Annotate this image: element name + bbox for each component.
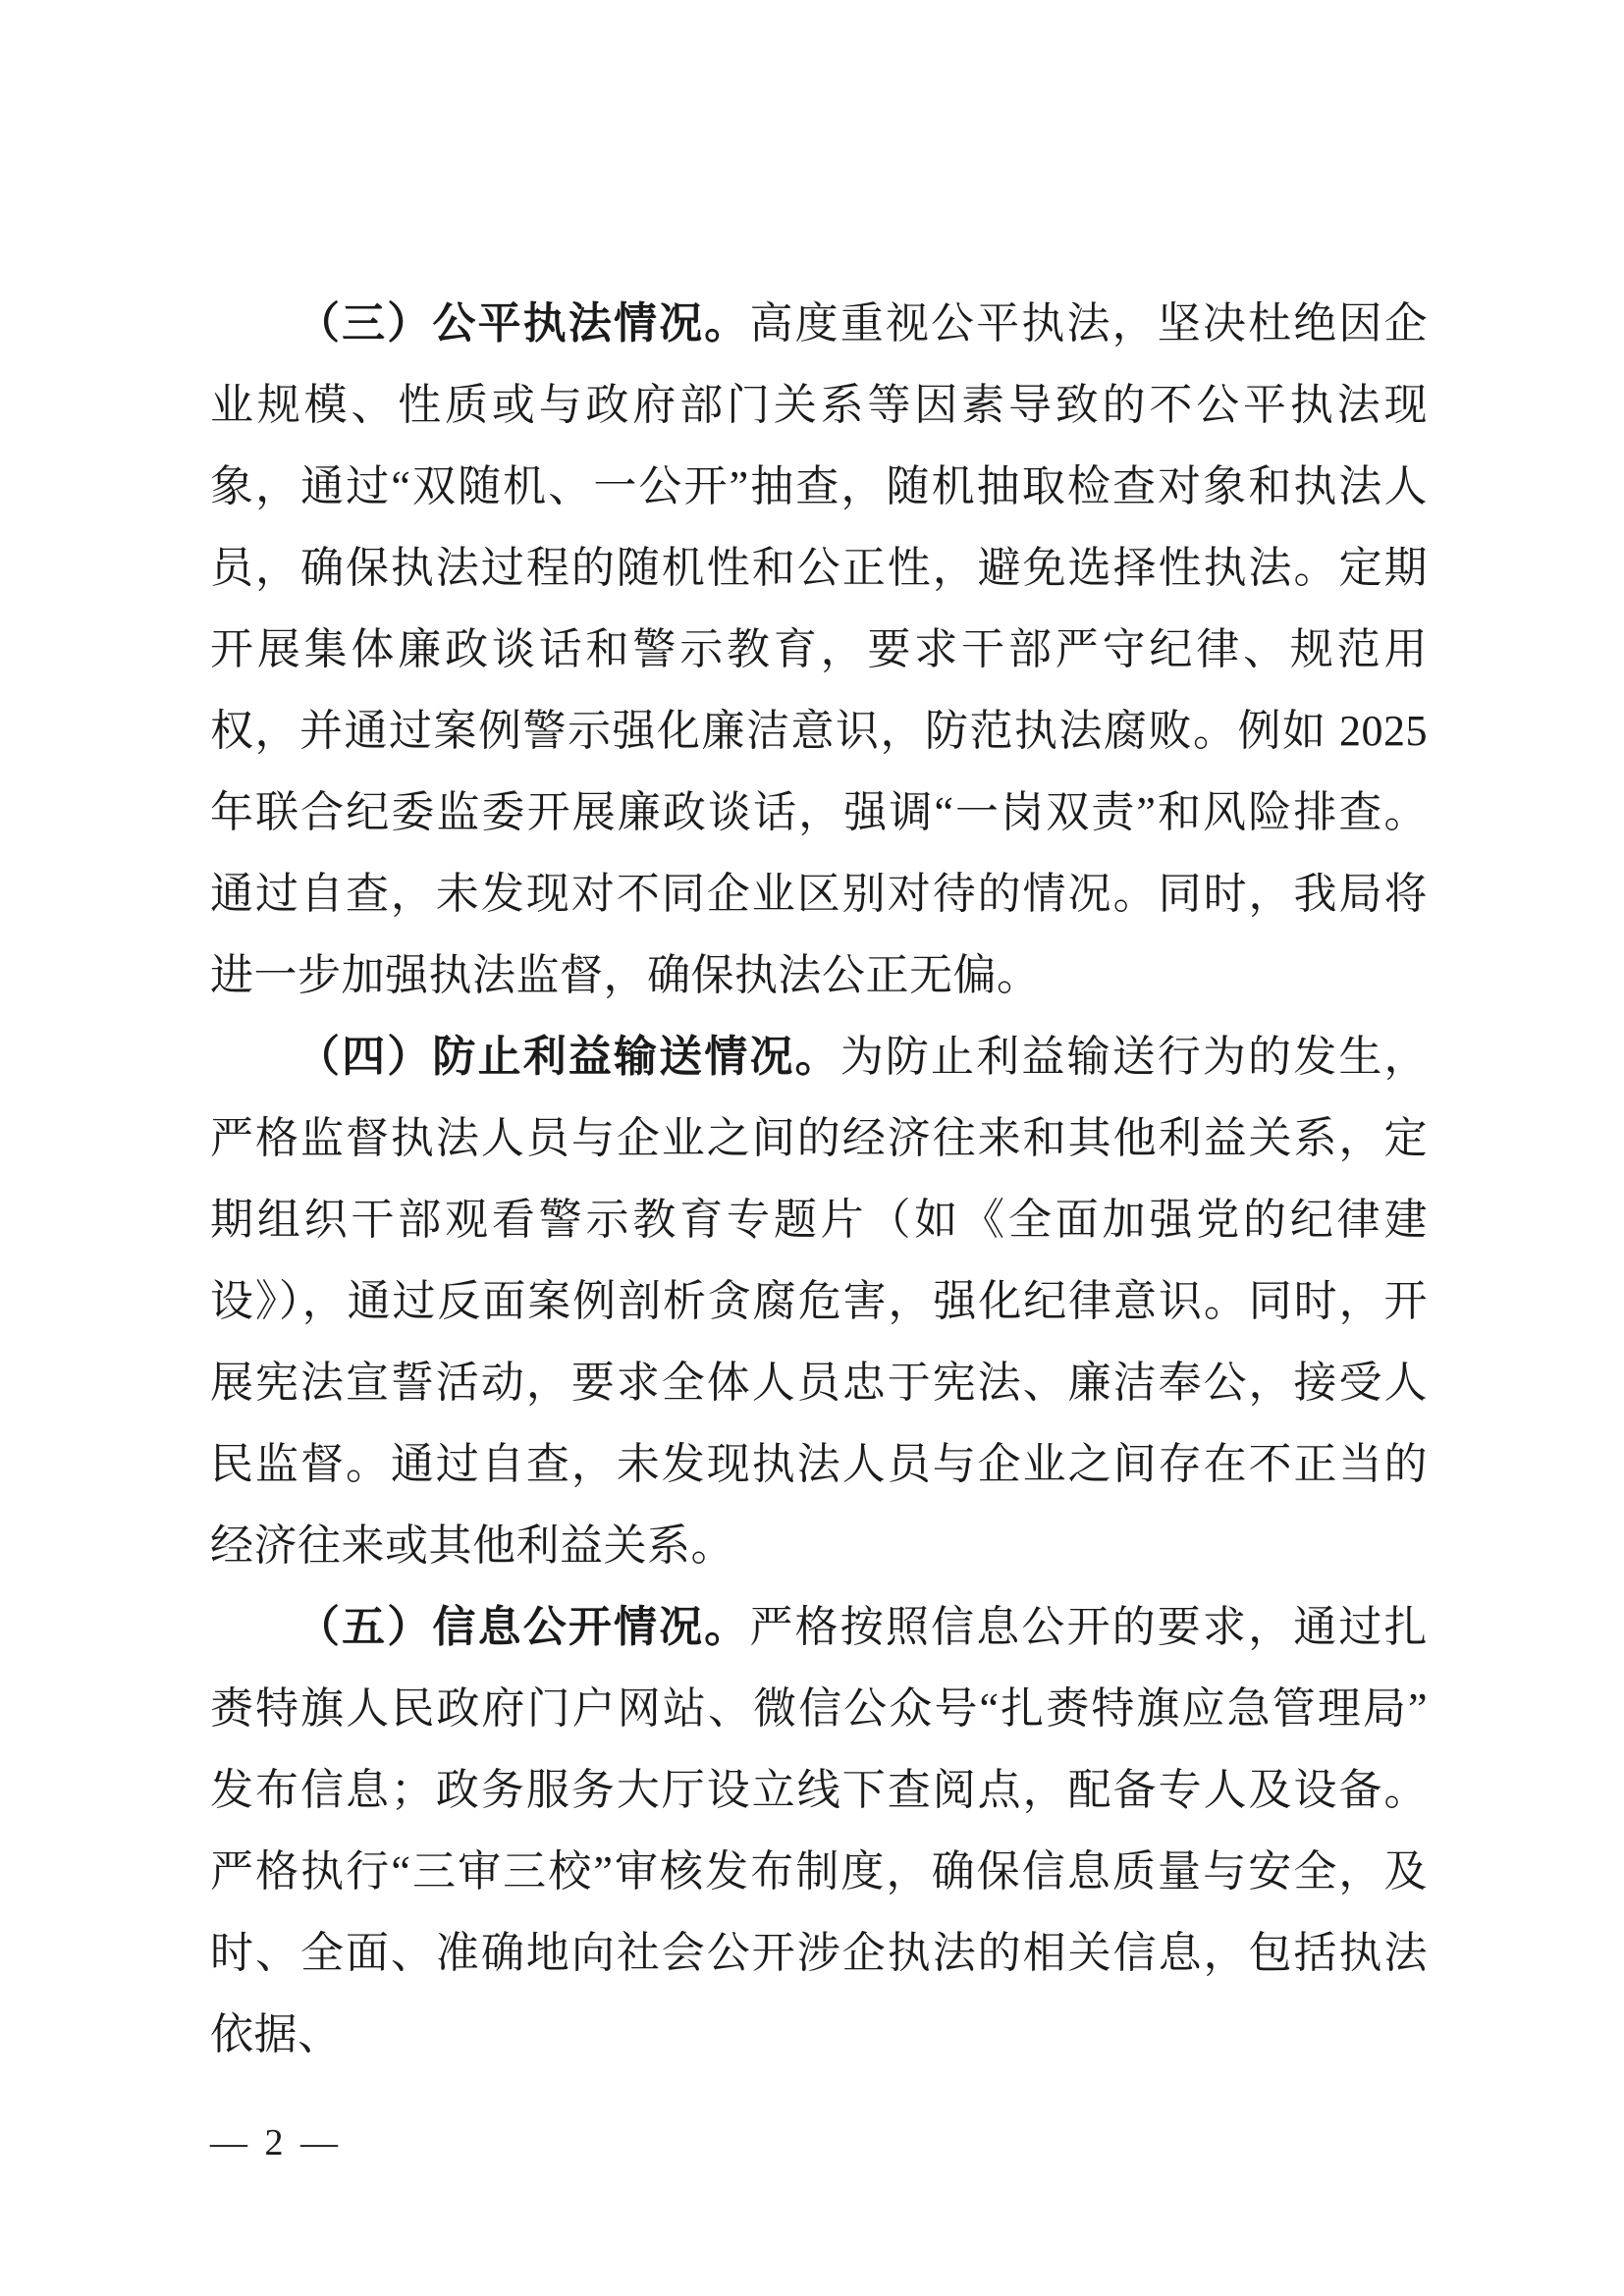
page-footer: — 2 — xyxy=(210,2120,342,2165)
paragraph-heading: （三）公平执法情况。 xyxy=(297,299,749,347)
paragraph-text: 严格按照信息公开的要求，通过扎赉特旗人民政府门户网站、微信公众号“扎赉特旗应急管… xyxy=(210,1603,1428,2058)
paragraph-fair-enforcement: （三）公平执法情况。高度重视公平执法，坚决杜绝因企业规模、性质或与政府部门关系等… xyxy=(210,283,1428,1016)
paragraph-text: 高度重视公平执法，坚决杜绝因企业规模、性质或与政府部门关系等因素导致的不公平执法… xyxy=(210,299,1428,999)
paragraph-heading: （五）信息公开情况。 xyxy=(297,1603,749,1651)
document-body: （三）公平执法情况。高度重视公平执法，坚决杜绝因企业规模、性质或与政府部门关系等… xyxy=(210,283,1428,2075)
paragraph-heading: （四）防止利益输送情况。 xyxy=(297,1033,840,1081)
paragraph-benefit-transfer-prevention: （四）防止利益输送情况。为防止利益输送行为的发生，严格监督执法人员与企业之间的经… xyxy=(210,1016,1428,1586)
paragraph-text: 为防止利益输送行为的发生，严格监督执法人员与企业之间的经济往来和其他利益关系，定… xyxy=(210,1033,1428,1570)
paragraph-information-disclosure: （五）信息公开情况。严格按照信息公开的要求，通过扎赉特旗人民政府门户网站、微信公… xyxy=(210,1586,1428,2075)
document-page: （三）公平执法情况。高度重视公平执法，坚决杜绝因企业规模、性质或与政府部门关系等… xyxy=(0,0,1624,2296)
page-number: — 2 — xyxy=(210,2122,342,2163)
